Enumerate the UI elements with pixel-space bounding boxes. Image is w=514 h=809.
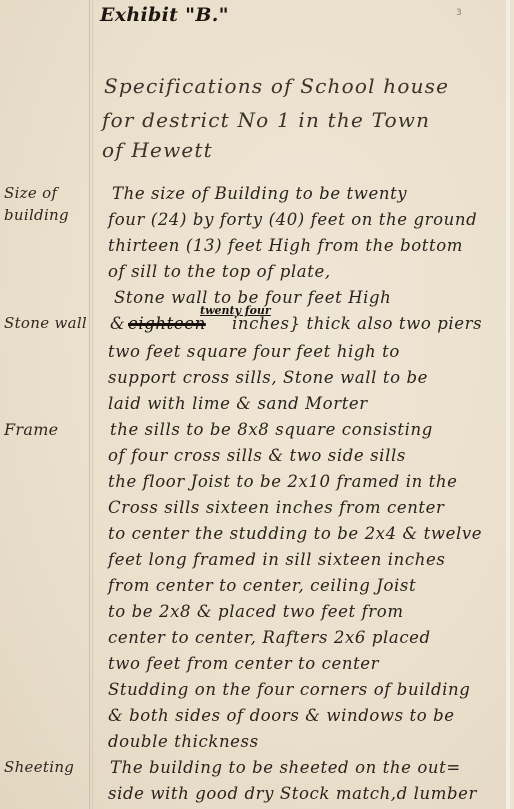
exhibit-heading: Exhibit "B."	[100, 4, 229, 26]
frame-line-10: two feet from center to center	[108, 654, 379, 673]
margin-label-sheeting: Sheeting	[4, 758, 74, 776]
size-line-4: of sill to the top of plate,	[108, 262, 331, 281]
size-line-1: The size of Building to be twenty	[112, 184, 407, 203]
sheeting-line-1: The building to be sheeted on the out=	[110, 758, 461, 777]
frame-line-8: to be 2x8 & placed two feet from	[108, 602, 404, 621]
frame-line-9: center to center, Rafters 2x6 placed	[108, 628, 431, 647]
frame-line-1: the sills to be 8x8 square consisting	[110, 420, 433, 439]
stone-line-5: laid with lime & sand Morter	[108, 394, 368, 413]
margin-label-size-of: Size of	[4, 184, 57, 202]
stone-line-2-prefix: &	[110, 314, 125, 333]
frame-line-12: & both sides of doors & windows to be	[108, 706, 455, 725]
page-edge	[506, 0, 510, 809]
margin-rule-inner	[92, 0, 93, 809]
frame-line-2: of four cross sills & two side sills	[108, 446, 406, 465]
stone-line-4: support cross sills, Stone wall to be	[108, 368, 428, 387]
frame-line-5: to center the studding to be 2x4 & twelv…	[108, 524, 482, 543]
margin-label-building: building	[4, 206, 69, 224]
sheeting-line-2: side with good dry Stock match,d lumber	[108, 784, 477, 803]
frame-line-7: from center to center, ceiling Joist	[108, 576, 416, 595]
frame-line-11: Studding on the four corners of building	[108, 680, 470, 699]
margin-label-stone-wall: Stone wall	[4, 314, 87, 332]
size-line-2: four (24) by forty (40) feet on the grou…	[108, 210, 477, 229]
title-line-3: of Hewett	[102, 138, 213, 162]
stone-line-3: two feet square four feet high to	[108, 342, 400, 361]
document-page: 3 Exhibit "B." Specifications of School …	[0, 0, 510, 809]
frame-line-13: double thickness	[108, 732, 259, 751]
page-number: 3	[456, 8, 462, 18]
frame-line-3: the floor Joist to be 2x10 framed in the	[108, 472, 457, 491]
stone-line-2: inches} thick also two piers	[232, 314, 482, 333]
margin-label-frame: Frame	[4, 420, 58, 439]
size-line-3: thirteen (13) feet High from the bottom	[108, 236, 463, 255]
struck-out-text: eighteen	[128, 314, 206, 333]
title-line-2: for destrict No 1 in the Town	[102, 108, 430, 132]
frame-line-6: feet long framed in sill sixteen inches	[108, 550, 445, 569]
frame-line-4: Cross sills sixteen inches from center	[108, 498, 445, 517]
title-line-1: Specifications of School house	[104, 74, 449, 98]
margin-rule	[89, 0, 90, 809]
